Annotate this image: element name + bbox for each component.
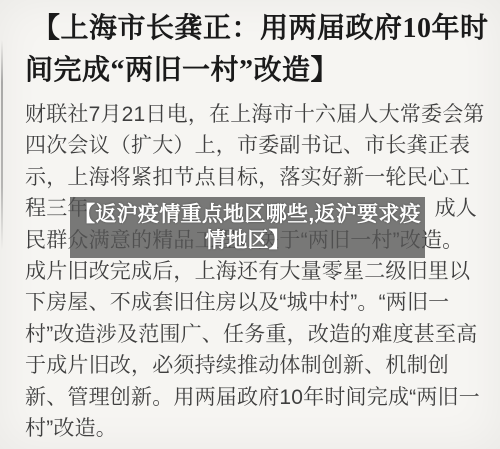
body-line-10: 新、管理创新。用两届政府10年时间完成“两旧一	[25, 382, 477, 413]
body-line-4-right-fragment: 成人	[435, 193, 477, 224]
left-crop-edge	[1, 40, 3, 250]
article-headline: 【上海市长龚正：用两届政府10年时 间完成“两旧一村”改造】	[25, 8, 485, 92]
article-body: 财联社7月21日电，在上海市十六届人大常委会第 四次会议（扩大）上，市委副书记、…	[25, 99, 477, 444]
page-container: 【上海市长龚正：用两届政府10年时 间完成“两旧一村”改造】 财联社7月21日电…	[0, 0, 500, 449]
body-line-6: 成片旧改完成后，上海还有大量零星二级旧里以	[25, 256, 477, 287]
body-line-7: 下房屋、不成套旧住房以及“城中村”。“两旧一	[25, 287, 477, 318]
promo-overlay-banner[interactable]: 【返沪疫情重点地区哪些,返沪要求疫情地区】	[70, 197, 425, 258]
headline-line-2: 间完成“两旧一村”改造】	[25, 50, 485, 92]
body-line-3: 示，上海将紧扣节点目标，落实好新一轮民心工	[25, 162, 477, 193]
body-line-9: 于成片旧改，必须持续推动体制创新、机制创	[25, 350, 477, 381]
headline-line-1: 【上海市长龚正：用两届政府10年时	[25, 8, 485, 50]
body-line-1: 财联社7月21日电，在上海市十六届人大常委会第	[25, 99, 477, 130]
body-line-2: 四次会议（扩大）上，市委副书记、市长龚正表	[25, 130, 477, 161]
body-line-8: 村”改造涉及范围广、任务重，改造的难度甚至高	[25, 319, 477, 350]
body-line-11: 村”改造。	[25, 413, 477, 444]
promo-overlay-text: 【返沪疫情重点地区哪些,返沪要求疫情地区】	[70, 202, 425, 254]
